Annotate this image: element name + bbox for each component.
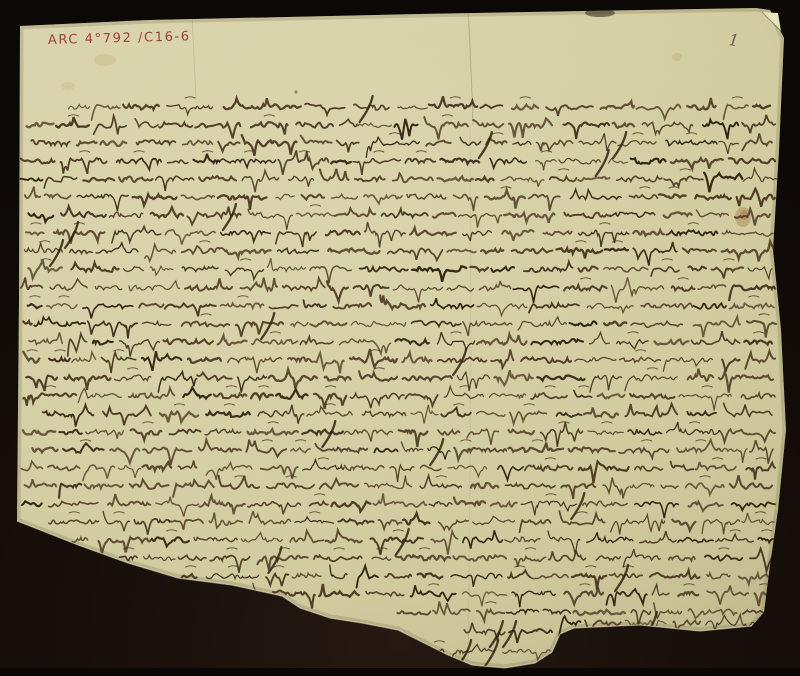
manuscript-photograph: ARC 4°792 /C16-6 1 <box>0 0 800 676</box>
foxing-stain-right-core <box>740 210 748 220</box>
foxing-stain-topright <box>672 53 682 61</box>
ink-speck <box>294 90 297 93</box>
foxing-stain-topleft <box>94 54 116 66</box>
foxing-stain-topleft-2 <box>61 82 75 90</box>
manuscript-scan-canvas: ARC 4°792 /C16-6 1 <box>0 0 800 676</box>
photo-backdrop-bottom-strip <box>0 668 800 676</box>
